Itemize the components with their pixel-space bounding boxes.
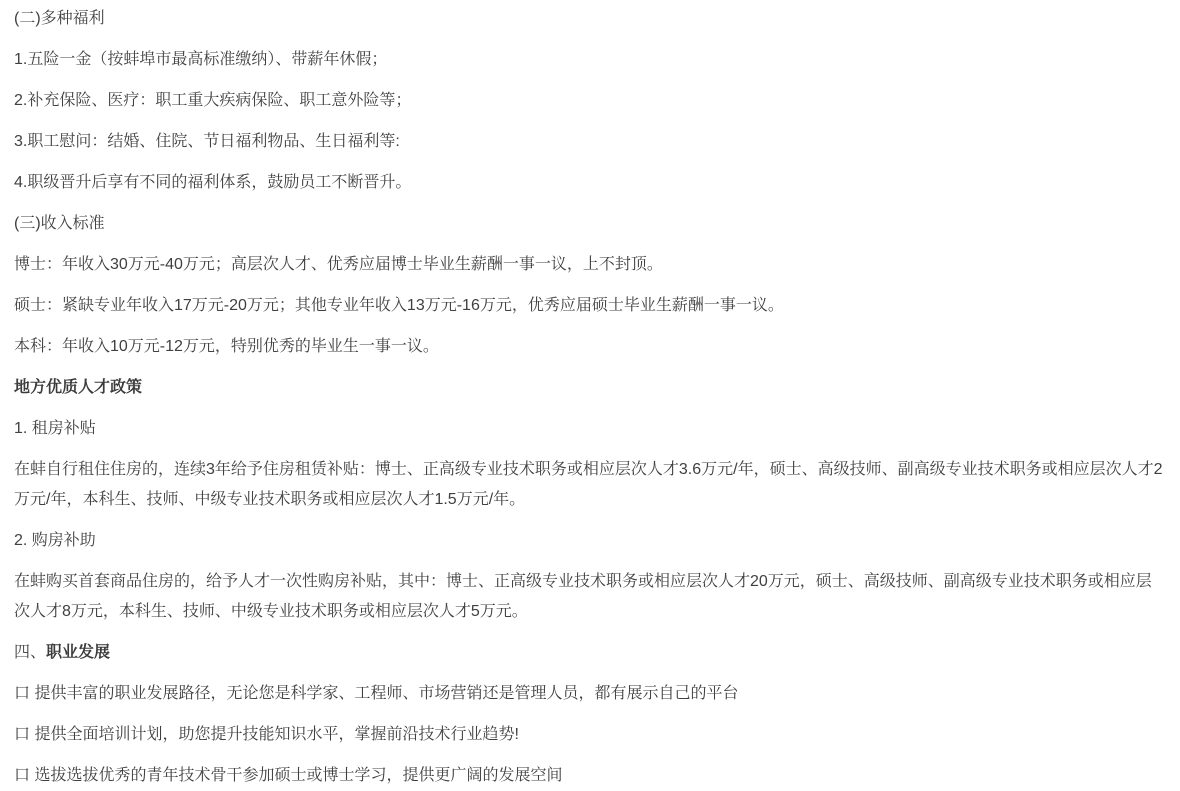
purchase-subsidy-body: 在蚌购买首套商品住房的，给予人才一次性购房补贴，其中：博士、正高级专业技术职务或… [14,567,1166,627]
benefits-item-supplementary: 2.补充保险、医疗：职工重大疾病保险、职工意外险等； [14,86,1166,116]
rent-subsidy-body: 在蚌自行租住住房的，连续3年给予住房租赁补贴：博士、正高级专业技术职务或相应层次… [14,455,1166,515]
income-item-bachelor: 本科：年收入10万元-12万元，特别优秀的毕业生一事一议。 [14,332,1166,362]
benefits-item-condolence: 3.职工慰问：结婚、住院、节日福利物品、生日福利等: [14,127,1166,157]
income-section-heading: (三)收入标准 [14,209,1166,239]
career-heading-number: 四、 [14,644,46,661]
purchase-subsidy-title: 2. 购房补助 [14,526,1166,556]
income-item-doctor: 博士：年收入30万元-40万元；高层次人才、优秀应届博士毕业生薪酬一事一议，上不… [14,250,1166,280]
income-item-master: 硕士：紧缺专业年收入17万元-20万元；其他专业年收入13万元-16万元，优秀应… [14,291,1166,321]
recruitment-notice-document: (二)多种福利 1.五险一金（按蚌埠市最高标准缴纳）、带薪年休假； 2.补充保险… [0,0,1180,791]
benefits-item-promotion: 4.职级晋升后享有不同的福利体系，鼓励员工不断晋升。 [14,168,1166,198]
benefits-item-insurance: 1.五险一金（按蚌埠市最高标准缴纳）、带薪年休假； [14,45,1166,75]
career-item-training: 口 提供全面培训计划，助您提升技能知识水平，掌握前沿技术行业趋势! [14,720,1166,750]
rent-subsidy-title: 1. 租房补贴 [14,414,1166,444]
local-policy-heading: 地方优质人才政策 [14,373,1166,403]
career-item-further-study: 口 选拔选拔优秀的青年技术骨干参加硕士或博士学习，提供更广阔的发展空间 [14,761,1166,791]
benefits-section-heading: (二)多种福利 [14,4,1166,34]
career-section-heading: 四、职业发展 [14,638,1166,668]
career-heading-title: 职业发展 [46,644,110,661]
career-item-paths: 口 提供丰富的职业发展路径，无论您是科学家、工程师、市场营销还是管理人员，都有展… [14,679,1166,709]
